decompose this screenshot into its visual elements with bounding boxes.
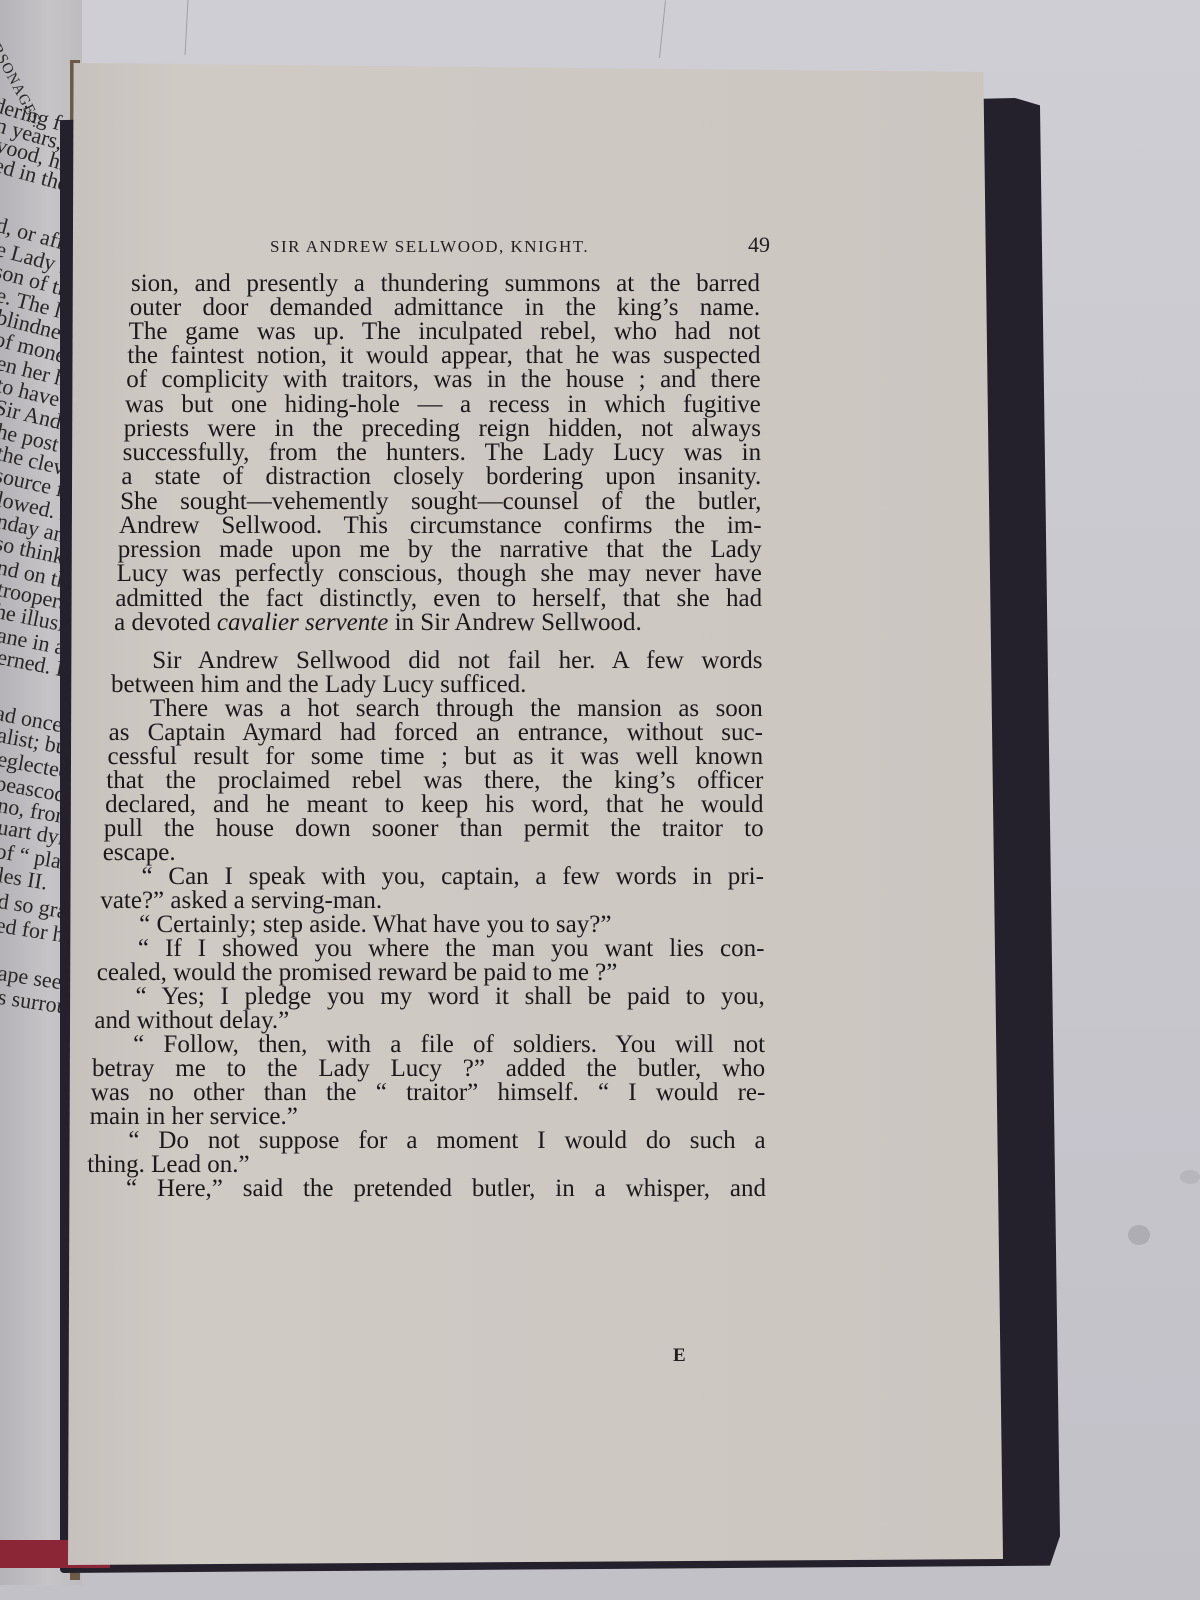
text-line: Lucy was perfectly conscious, though she… — [117, 560, 762, 588]
italic-phrase: cavalier servente — [217, 609, 388, 636]
page-number: 49 — [748, 232, 770, 258]
text-line: “ Here,” said the pretended butler, in a… — [126, 1175, 766, 1203]
surface-scratch — [185, 0, 189, 55]
running-head: SIR ANDREW SELLWOOD, KNIGHT. — [270, 237, 589, 257]
surface-scratch — [659, 0, 666, 58]
text-line: pull the house down sooner than permit t… — [104, 815, 764, 843]
right-page: SIR ANDREW SELLWOOD, KNIGHT. 49 sion, an… — [68, 60, 1003, 1565]
text-line: a devoted cavalier servente in Sir Andre… — [114, 609, 642, 637]
surface-stain — [1128, 1225, 1150, 1245]
signature-mark: E — [673, 1345, 686, 1367]
text-line: of complicity with traitors, was in the … — [126, 366, 760, 394]
page-content: SIR ANDREW SELLWOOD, KNIGHT. 49 sion, an… — [68, 60, 1003, 1565]
text-line: a state of distraction closely bordering… — [121, 463, 761, 491]
surface-stain — [1180, 1170, 1200, 1184]
